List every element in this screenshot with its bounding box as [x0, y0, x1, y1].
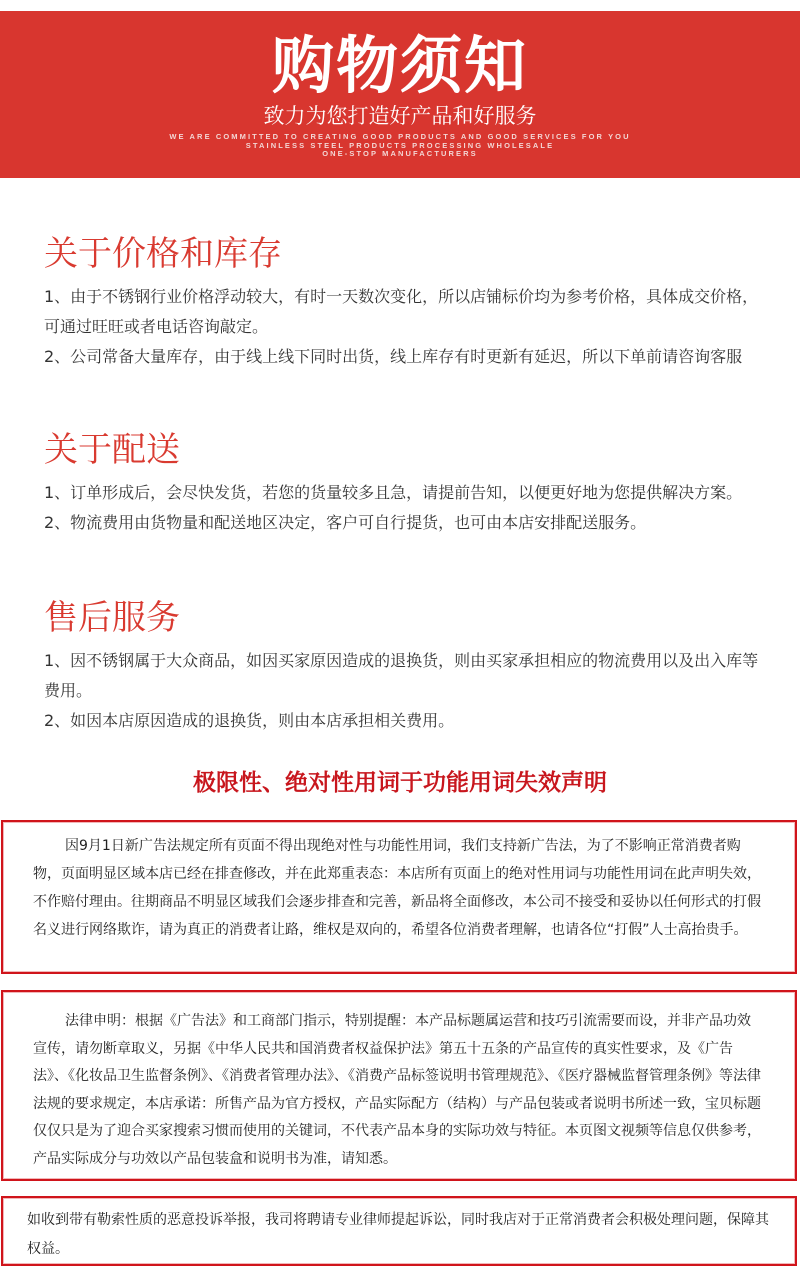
section-after-sales: 售后服务 1、因不锈钢属于大众商品，如因买家原因造成的退换货，则由买家承担相应的…: [44, 596, 764, 736]
page-subtitle: 致力为您打造好产品和好服务: [0, 103, 800, 129]
english-tagline-line: ONE-STOP MANUFACTURERS: [0, 150, 800, 159]
disclaimer-box-legal: 法律申明：根据《广告法》和工商部门指示，特别提醒：本产品标题属运营和技巧引流需要…: [1, 990, 797, 1181]
section-heading: 售后服务: [44, 596, 764, 640]
english-tagline: WE ARE COMMITTED TO CREATING GOOD PRODUC…: [0, 133, 800, 159]
disclaimer-text: 因9月1日新广告法规定所有页面不得出现绝对性与功能性用词，我们支持新广告法，为了…: [3, 822, 795, 944]
section-heading: 关于配送: [44, 428, 764, 472]
section-price-stock: 关于价格和库存 1、由于不锈钢行业价格浮动较大，有时一天数次变化，所以店铺标价均…: [44, 232, 764, 372]
section-item: 1、由于不锈钢行业价格浮动较大，有时一天数次变化，所以店铺标价均为参考价格，具体…: [44, 282, 764, 342]
section-body: 1、订单形成后，会尽快发货，若您的货量较多且急，请提前告知，以便更好地为您提供解…: [44, 478, 764, 538]
section-item: 2、物流费用由货物量和配送地区决定，客户可自行提货，也可由本店安排配送服务。: [44, 508, 764, 538]
page-title: 购物须知: [0, 31, 800, 101]
disclaimer-box-absolute-terms: 因9月1日新广告法规定所有页面不得出现绝对性与功能性用词，我们支持新广告法，为了…: [1, 820, 797, 974]
disclaimer-box-complaints: 如收到带有勒索性质的恶意投诉举报，我司将聘请专业律师提起诉讼，同时我店对于正常消…: [1, 1196, 797, 1266]
disclaimer-text: 法律申明：根据《广告法》和工商部门指示，特别提醒：本产品标题属运营和技巧引流需要…: [3, 992, 795, 1173]
disclaimer-title: 极限性、绝对性用词于功能用词失效声明: [0, 766, 800, 800]
section-heading: 关于价格和库存: [44, 232, 764, 276]
section-item: 2、如因本店原因造成的退换货，则由本店承担相关费用。: [44, 706, 764, 736]
section-item: 2、公司常备大量库存，由于线上线下同时出货，线上库存有时更新有延迟，所以下单前请…: [44, 342, 764, 372]
section-body: 1、由于不锈钢行业价格浮动较大，有时一天数次变化，所以店铺标价均为参考价格，具体…: [44, 282, 764, 372]
section-item: 1、因不锈钢属于大众商品，如因买家原因造成的退换货，则由买家承担相应的物流费用以…: [44, 646, 764, 706]
header-banner: 购物须知 致力为您打造好产品和好服务 WE ARE COMMITTED TO C…: [0, 11, 800, 178]
disclaimer-text: 如收到带有勒索性质的恶意投诉举报，我司将聘请专业律师提起诉讼，同时我店对于正常消…: [3, 1198, 795, 1264]
section-delivery: 关于配送 1、订单形成后，会尽快发货，若您的货量较多且急，请提前告知，以便更好地…: [44, 428, 764, 538]
section-item: 1、订单形成后，会尽快发货，若您的货量较多且急，请提前告知，以便更好地为您提供解…: [44, 478, 764, 508]
section-body: 1、因不锈钢属于大众商品，如因买家原因造成的退换货，则由买家承担相应的物流费用以…: [44, 646, 764, 736]
